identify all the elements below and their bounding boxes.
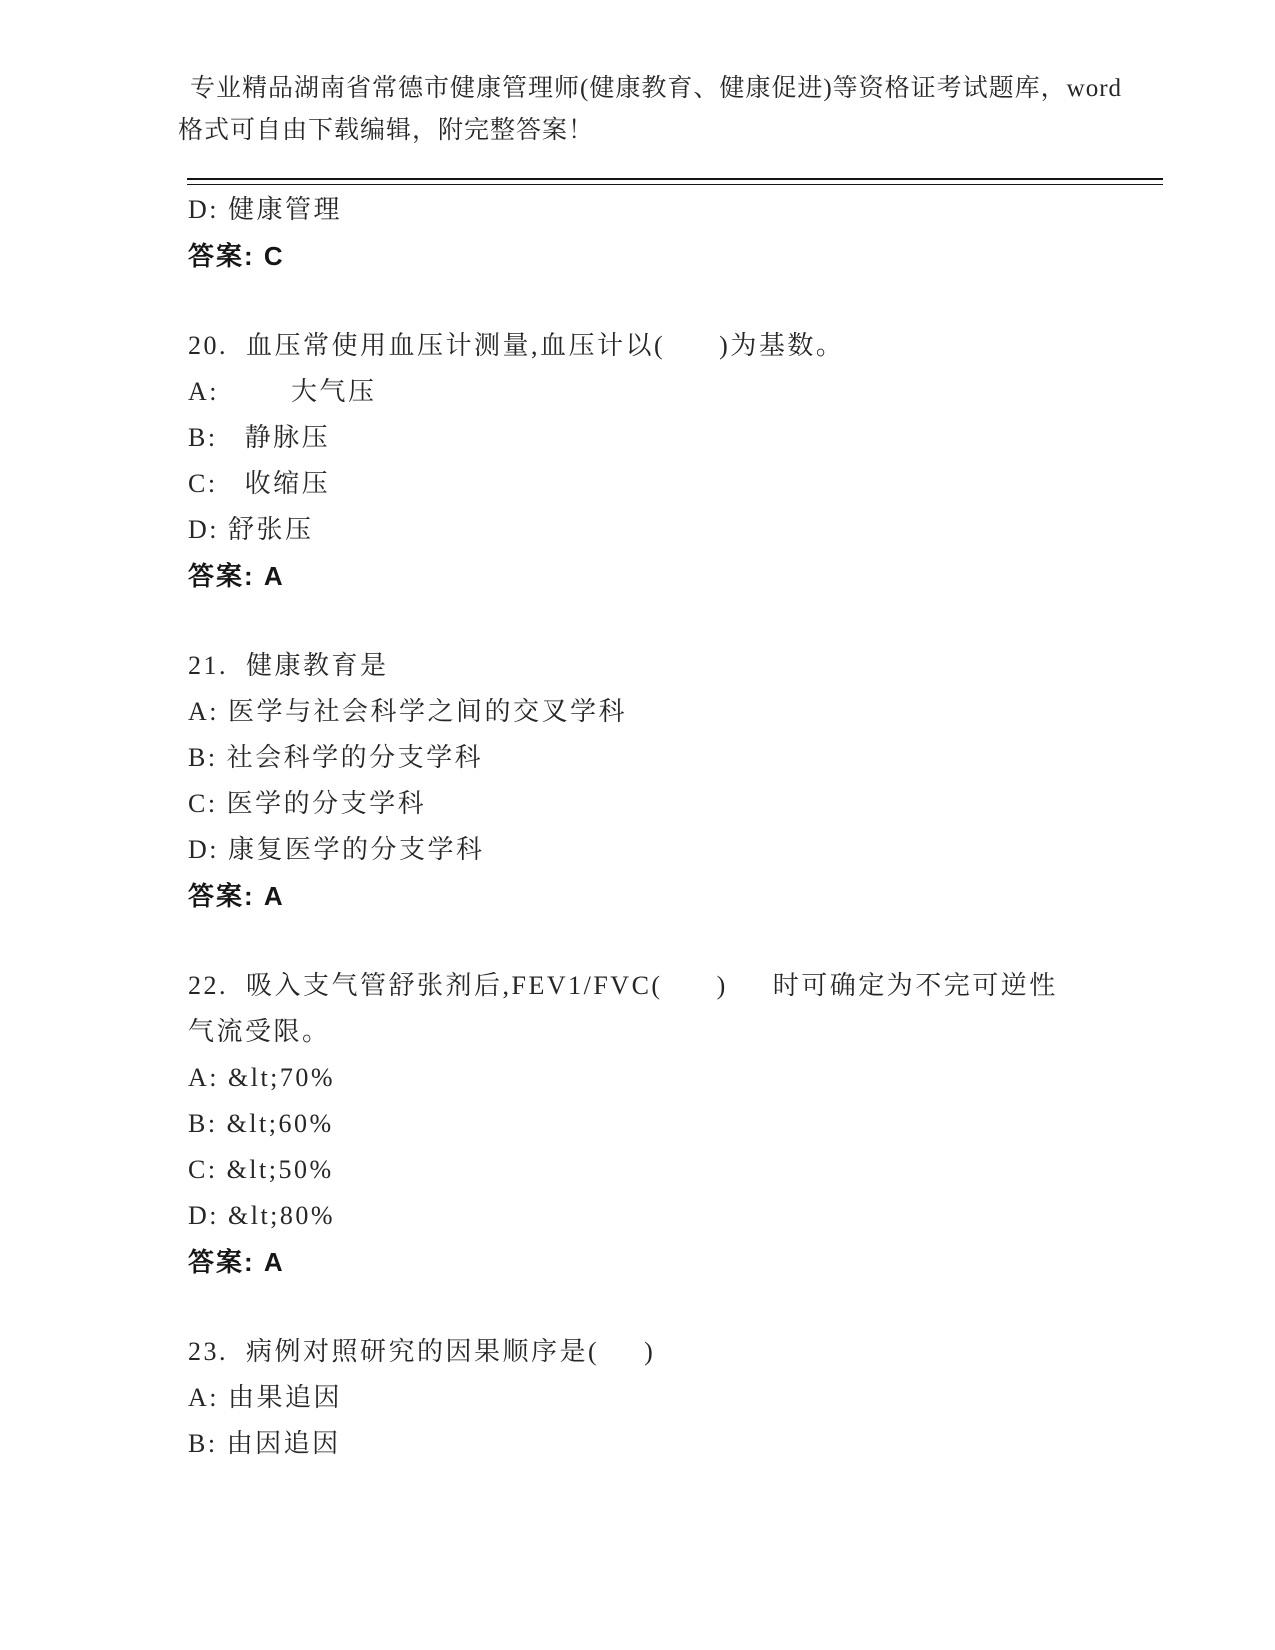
question-title: 23. 病例对照研究的因果顺序是( ): [188, 1329, 1178, 1375]
option-line-c: C: &lt;50%: [188, 1147, 1178, 1193]
answer-value: C: [264, 241, 285, 271]
question-20: 20. 血压常使用血压计测量,血压计以( )为基数。 A: 大气压 B: 静脉压…: [188, 323, 1178, 599]
answer-value: A: [264, 881, 285, 911]
question-title-line-1: 22. 吸入支气管舒张剂后,FEV1/FVC( ) 时可确定为不完可逆性: [188, 963, 1178, 1009]
document-header: 专业精品湖南省常德市健康管理师(健康教育、健康促进)等资格证考试题库，word …: [178, 68, 1173, 152]
page: 专业精品湖南省常德市健康管理师(健康教育、健康促进)等资格证考试题库，word …: [0, 0, 1275, 1650]
option-line-c: C: 医学的分支学科: [188, 781, 1178, 827]
question-title-line-2: 气流受限。: [188, 1009, 1178, 1055]
answer-prefix: 答案:: [188, 241, 264, 271]
header-line-1: 专业精品湖南省常德市健康管理师(健康教育、健康促进)等资格证考试题库，word: [178, 68, 1173, 110]
option-line-d: D: &lt;80%: [188, 1193, 1178, 1239]
option-line-d: D: 康复医学的分支学科: [188, 827, 1178, 873]
header-rule: [187, 178, 1163, 185]
option-line-a: A: 由果追因: [188, 1375, 1178, 1421]
answer-prefix: 答案:: [188, 1247, 264, 1277]
option-line-a: A: 大气压: [188, 369, 1178, 415]
question-21: 21. 健康教育是 A: 医学与社会科学之间的交叉学科 B: 社会科学的分支学科…: [188, 643, 1178, 919]
header-line-2: 格式可自由下载编辑，附完整答案！: [178, 110, 1173, 152]
answer-line: 答案: C: [188, 233, 1178, 279]
option-line-c: C: 收缩压: [188, 461, 1178, 507]
question-22: 22. 吸入支气管舒张剂后,FEV1/FVC( ) 时可确定为不完可逆性 气流受…: [188, 963, 1178, 1285]
answer-value: A: [264, 1247, 285, 1277]
option-line-d: D: 舒张压: [188, 507, 1178, 553]
option-line-b: B: &lt;60%: [188, 1101, 1178, 1147]
option-line-a: A: 医学与社会科学之间的交叉学科: [188, 689, 1178, 735]
document-body: D: 健康管理 答案: C 20. 血压常使用血压计测量,血压计以( )为基数。…: [188, 187, 1178, 1467]
question-title: 21. 健康教育是: [188, 643, 1178, 689]
question-19-partial: D: 健康管理 答案: C: [188, 187, 1178, 279]
question-23: 23. 病例对照研究的因果顺序是( ) A: 由果追因 B: 由因追因: [188, 1329, 1178, 1467]
answer-line: 答案: A: [188, 873, 1178, 919]
option-line-b: B: 由因追因: [188, 1421, 1178, 1467]
answer-line: 答案: A: [188, 553, 1178, 599]
answer-prefix: 答案:: [188, 561, 264, 591]
answer-value: A: [264, 561, 285, 591]
option-line-d: D: 健康管理: [188, 187, 1178, 233]
option-line-b: B: 社会科学的分支学科: [188, 735, 1178, 781]
question-title: 20. 血压常使用血压计测量,血压计以( )为基数。: [188, 323, 1178, 369]
option-line-a: A: &lt;70%: [188, 1055, 1178, 1101]
answer-line: 答案: A: [188, 1239, 1178, 1285]
answer-prefix: 答案:: [188, 881, 264, 911]
option-line-b: B: 静脉压: [188, 415, 1178, 461]
